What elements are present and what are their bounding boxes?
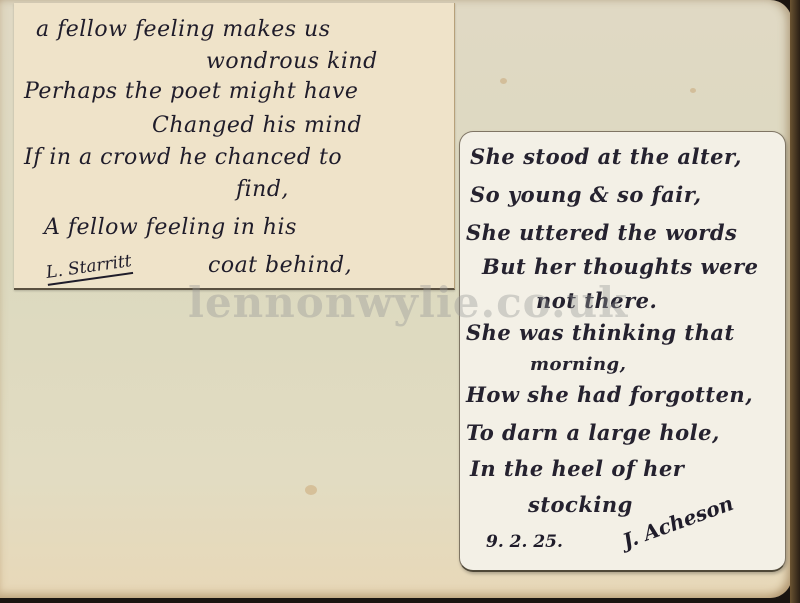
signature: J. Acheson — [619, 491, 736, 553]
right-poem-card: She stood at the alter, So young & so fa… — [459, 131, 786, 572]
poem-line: a fellow feeling makes us — [36, 17, 330, 42]
album-page-edge — [790, 0, 800, 603]
poem-line: So young & so fair, — [470, 182, 702, 207]
poem-line: Changed his mind — [152, 113, 362, 138]
foxing-stain — [305, 485, 317, 495]
left-poem-card: a fellow feeling makes us wondrous kind … — [14, 3, 455, 290]
poem-line: But her thoughts were — [482, 254, 758, 279]
poem-line: She was thinking that — [466, 320, 735, 345]
foxing-stain — [690, 88, 696, 93]
poem-line: not there. — [536, 288, 657, 313]
foxing-stain — [500, 78, 507, 84]
poem-line: How she had forgotten, — [466, 382, 753, 407]
poem-line: stocking — [528, 492, 633, 517]
poem-line: She uttered the words — [466, 220, 737, 245]
date: 9. 2. 25. — [486, 532, 563, 552]
poem-line: find, — [236, 177, 289, 202]
poem-line: A fellow feeling in his — [44, 215, 297, 240]
poem-line: To darn a large hole, — [466, 420, 720, 445]
poem-line: She stood at the alter, — [470, 144, 742, 169]
poem-line: wondrous kind — [206, 49, 378, 74]
album-page: a fellow feeling makes us wondrous kind … — [0, 0, 792, 598]
signature: L. Starritt — [45, 251, 133, 286]
poem-line: If in a crowd he chanced to — [24, 145, 342, 170]
poem-line: In the heel of her — [470, 456, 684, 481]
poem-line: Perhaps the poet might have — [24, 79, 358, 104]
poem-line: morning, — [530, 354, 626, 375]
poem-line: coat behind, — [208, 253, 352, 278]
